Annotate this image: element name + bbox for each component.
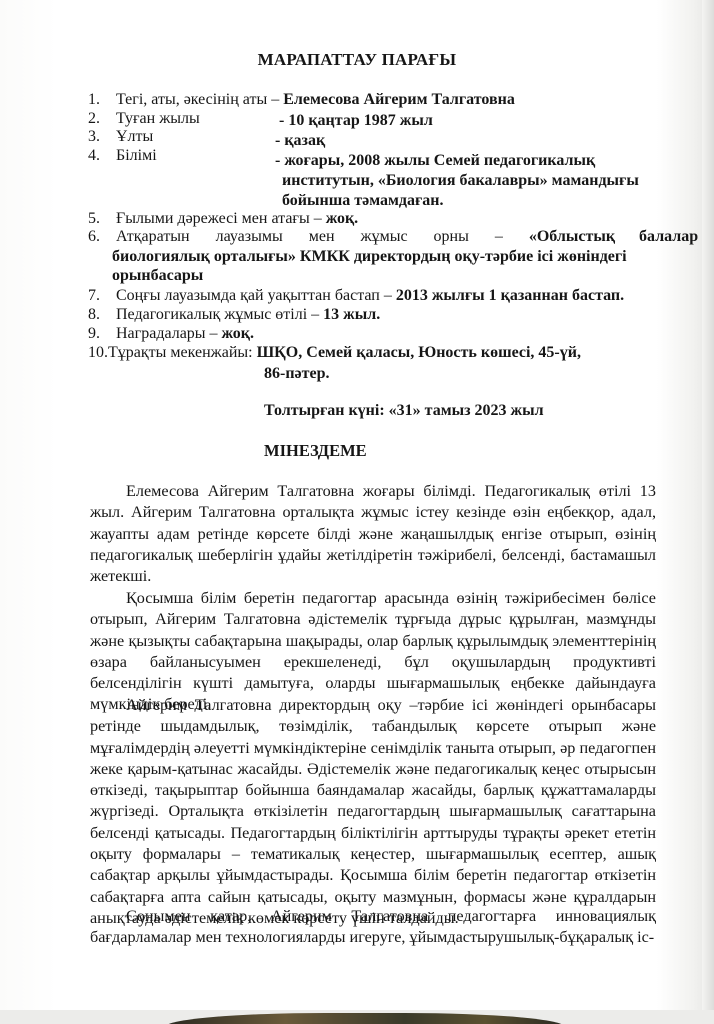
item-label: Тұрақты мекенжайы: [108, 344, 257, 361]
document-title: МАРАПАТТАУ ПАРАҒЫ [0, 50, 714, 70]
item-label: Атқаратын лауазымы мен жұмыс орны – [116, 228, 529, 245]
list-item-5: 5. Ғылыми дәрежесі мен атағы – жоқ. [88, 209, 358, 228]
item-label: Наградалары – [116, 325, 222, 342]
item-value: 2013 жылғы 1 қазаннан бастап. [396, 287, 624, 304]
item-number: 2. [88, 109, 112, 128]
item-value-line: бойынша тәмамдаған. [282, 191, 443, 210]
document-page: МАРАПАТТАУ ПАРАҒЫ 1. Тегі, аты, әкесінің… [0, 0, 714, 1024]
list-item-1: 1. Тегі, аты, әкесінің аты – Елемесова А… [88, 90, 515, 109]
item-label: Тегі, аты, әкесінің аты – [116, 91, 283, 108]
item-value: Елемесова Айгерим Талгатовна [283, 91, 515, 108]
section-title: МІНЕЗДЕМЕ [264, 441, 367, 461]
item-number: 9. [88, 324, 112, 343]
item-value: 13 жыл. [323, 306, 380, 323]
list-item-3: 3. Ұлты [88, 127, 153, 146]
item-value: жоқ. [326, 210, 358, 227]
item-value-line: «Облыстық балалар [529, 228, 698, 245]
item-value-line: институтын, «Биология бакалавры» маманды… [282, 171, 639, 190]
item-number: 3. [88, 127, 112, 146]
list-item-2: 2. Туған жылы [88, 109, 200, 128]
item-number: 4. [88, 146, 112, 165]
item-value: - 10 қаңтар 1987 жыл [279, 111, 433, 130]
item-value: - қазақ [275, 131, 325, 150]
item-number: 10. [88, 343, 108, 362]
list-item-4: 4. Білімі [88, 146, 157, 165]
list-item-10: 10.Тұрақты мекенжайы: ШҚО, Семей қаласы,… [88, 343, 581, 362]
item-label: Ғылыми дәрежесі мен атағы – [116, 210, 326, 227]
paragraph-1: Елемесова Айгерим Талгатовна жоғары білі… [90, 481, 656, 587]
item-number: 5. [88, 209, 112, 228]
item-value-line: 86-пәтер. [264, 364, 330, 383]
item-label: Соңғы лауазымда қай уақыттан бастап – [116, 287, 396, 304]
item-number: 1. [88, 90, 112, 109]
item-number: 8. [88, 305, 112, 324]
item-number: 6. [88, 227, 112, 246]
list-item-7: 7. Соңғы лауазымда қай уақыттан бастап –… [88, 286, 624, 305]
paragraph-3: Айгерим Талгатовна директордың оқу –тәрб… [90, 695, 656, 929]
item-value: жоқ. [222, 325, 254, 342]
list-item-8: 8. Педагогикалық жұмыс өтілі – 13 жыл. [88, 305, 380, 324]
item-value-line: ШҚО, Семей қаласы, Юность көшесі, 45-үй, [257, 344, 581, 361]
page-edge-shadow [702, 0, 714, 1024]
item-value-line: биологиялық орталығы» КМКК директордың о… [112, 247, 627, 266]
item-label: Педагогикалық жұмыс өтілі – [116, 306, 323, 323]
paragraph-4: Сонымен қатар, Айгерим Талгатовна педаго… [90, 906, 656, 949]
fill-date: Толтырған күні: «31» тамыз 2023 жыл [264, 401, 544, 420]
item-value-line: орынбасары [112, 266, 203, 285]
list-item-9: 9. Наградалары – жоқ. [88, 324, 254, 343]
item-label: Ұлты [116, 128, 153, 145]
item-value-line: - жоғары, 2008 жылы Семей педагогикалық [275, 151, 595, 170]
item-label: Білімі [116, 147, 157, 164]
item-label: Туған жылы [116, 110, 200, 127]
item-number: 7. [88, 286, 112, 305]
list-item-6: 6. Атқаратын лауазымы мен жұмыс орны – «… [88, 227, 658, 246]
